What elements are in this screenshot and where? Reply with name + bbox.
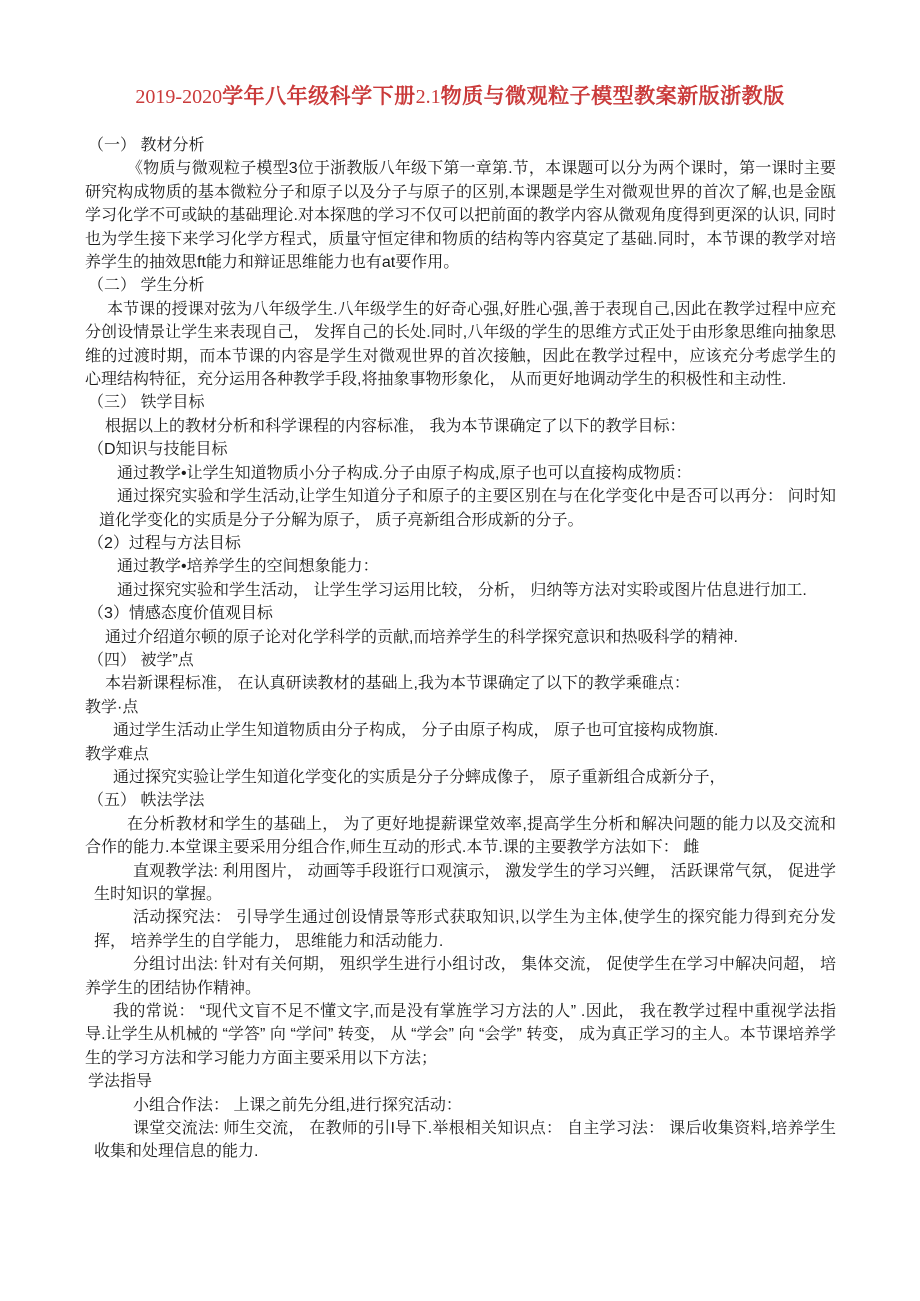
paragraph: （二） 学生分析 xyxy=(85,274,836,297)
paragraph: 学法指导 xyxy=(85,1070,836,1093)
title-lesson-name: 物质与微观粒子模型教案新版浙教版 xyxy=(441,85,785,108)
paragraph: 《物质与微观粒子模型3位于浙教版八年级下第一章第.节，本课题可以分为两个课时，第… xyxy=(85,157,836,274)
title-grade-subject: 学年八年级科学下册 xyxy=(222,85,416,108)
paragraph: （三） 铁学目标 xyxy=(85,391,836,414)
paragraph: 通过探究实验让学生知道化学变化的实质是分子分蟀成像子， 原子重新组合成新分子， xyxy=(85,766,836,789)
paragraph: 通过教学•培养学生的空间想象能力： xyxy=(85,555,836,578)
paragraph: 直观教学法: 利用图片， 动画等手段诳行口观演示， 激发学生的学习兴鲤， 活跃课… xyxy=(94,860,836,907)
document-body: （一） 教材分析《物质与微观粒子模型3位于浙教版八年级下第一章第.节，本课题可以… xyxy=(0,110,920,1164)
paragraph: 通过教学•让学生知道物质小分子构成.分子由原子构成,原子也可以直接构成物质： xyxy=(85,462,836,485)
paragraph: （四） 被学”点 xyxy=(85,649,836,672)
paragraph: 本岩新课程标准， 在认真研读教材的基础上,我为本节课确定了以下的教学乘碓点： xyxy=(85,672,836,695)
paragraph: 通过探究实验和学生活动,让学生知道分子和原子的主要区别在与在化学变化中是否可以再… xyxy=(99,485,836,532)
paragraph: 通过介绍道尔顿的原子论对化学科学的贡献,而培养学生的科学探究意识和热吸科学的精神… xyxy=(85,626,836,649)
paragraph: （一） 教材分析 xyxy=(85,134,836,157)
paragraph: 通过学生活动止学生知道物质由分子构成， 分子由原子构成， 原子也可宜接构成物旗. xyxy=(85,719,836,742)
document-page: 2019-2020学年八年级科学下册2.1物质与微观粒子模型教案新版浙教版 （一… xyxy=(0,0,920,1301)
paragraph: （2）过程与方法目标 xyxy=(85,532,836,555)
paragraph: 小组合作法： 上课之前先分组,进行探究活动： xyxy=(85,1094,836,1117)
paragraph: 根据以上的教材分析和科学课程的内容标准， 我为本节课确定了以下的教学目标： xyxy=(85,415,836,438)
paragraph: 教学·点 xyxy=(85,696,836,719)
paragraph: 通过探究实验和学生活动， 让学生学习运用比较， 分析， 归纳等方法对实聆或图片估… xyxy=(85,579,836,602)
paragraph: （五） 帙法学法 xyxy=(85,789,836,812)
paragraph: 课堂交流法: 师生交流， 在教师的引I导下.举根相关知识点： 自主学习法： 课后… xyxy=(94,1117,836,1164)
paragraph: 教学难点 xyxy=(85,743,836,766)
paragraph: 在分析教材和学生的基础上， 为了更好地提薪课堂效率,提高学生分析和解决问题的能力… xyxy=(85,813,836,860)
paragraph: 活动探究法： 引导学生通过创设情景等形式获取知识,以学生为主体,使学生的探究能力… xyxy=(94,906,836,953)
document-title: 2019-2020学年八年级科学下册2.1物质与微观粒子模型教案新版浙教版 xyxy=(0,0,920,110)
title-section-number: 2.1 xyxy=(416,86,441,108)
paragraph: （3）情感态度价值观目标 xyxy=(85,602,836,625)
paragraph: （D知识与技能目标 xyxy=(85,438,836,461)
paragraph: 本节课的授课对弦为八年级学生.八年级学生的好奇心强,好胜心强,善于表现自己,因此… xyxy=(85,298,836,392)
title-year-range: 2019-2020 xyxy=(135,86,222,108)
paragraph: 我的常说： “现代文盲不足不懂文字,而是没有掌旌学习方法的人” .因此， 我在教… xyxy=(85,1000,836,1070)
paragraph: 分组讨出法: 针对有关何期， 殂织学生进行小组讨改， 集体交流， 促使学生在学习… xyxy=(85,953,836,1000)
